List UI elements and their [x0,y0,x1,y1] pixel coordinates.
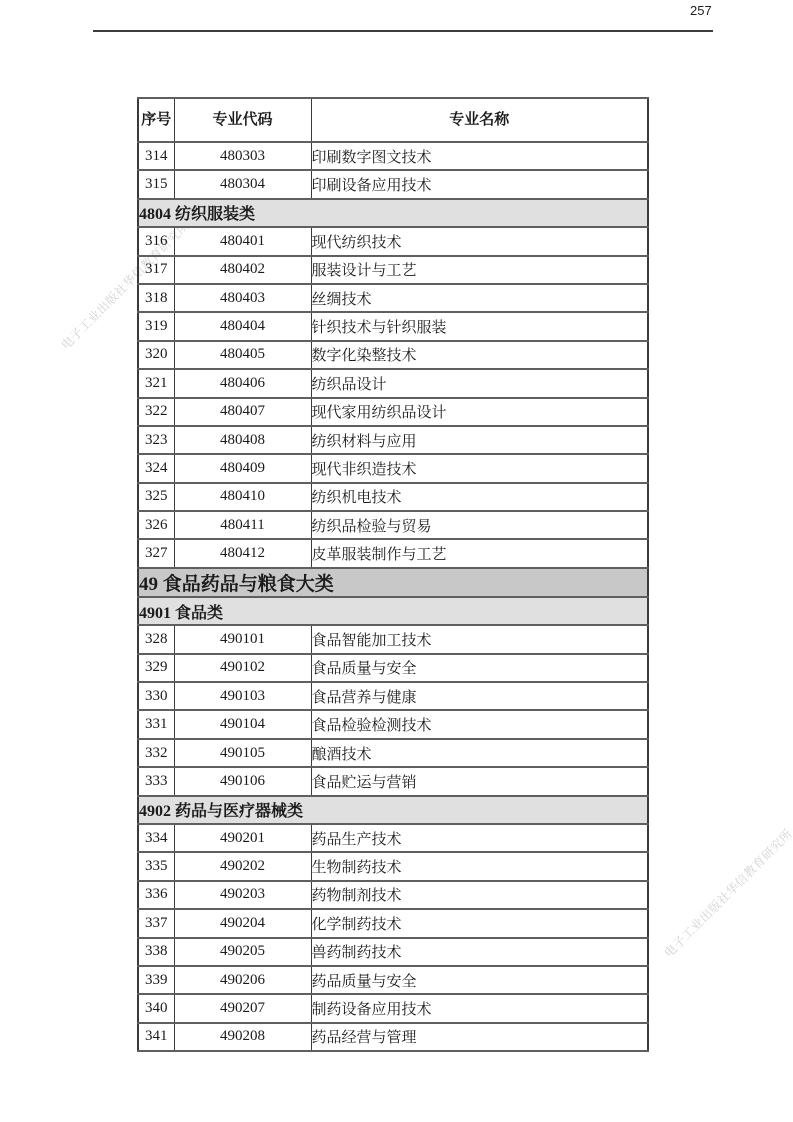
cell-major-name: 针织技术与针织服装 [311,312,648,340]
cell-major-code: 490203 [174,881,311,909]
table-row: 330490103食品营养与健康 [138,682,648,710]
cell-serial-number: 336 [138,881,174,909]
cell-serial-number: 333 [138,767,174,795]
cell-major-name: 丝绸技术 [311,284,648,312]
cell-major-code: 490101 [174,625,311,653]
cell-major-code: 480408 [174,426,311,454]
cell-major-name: 食品智能加工技术 [311,625,648,653]
section-row: 49 食品药品与粮食大类 [138,568,648,597]
table-row: 318480403丝绸技术 [138,284,648,312]
table-row: 323480408纺织材料与应用 [138,426,648,454]
cell-serial-number: 339 [138,966,174,994]
table-row: 333490106食品贮运与营销 [138,767,648,795]
cell-serial-number: 337 [138,909,174,937]
cell-serial-number: 319 [138,312,174,340]
cell-serial-number: 325 [138,483,174,511]
cell-major-name: 食品营养与健康 [311,682,648,710]
cell-major-code: 480406 [174,369,311,397]
table-row: 328490101食品智能加工技术 [138,625,648,653]
cell-major-code: 490103 [174,682,311,710]
table-row: 338490205兽药制药技术 [138,938,648,966]
table-row: 321480406纺织品设计 [138,369,648,397]
cell-major-name: 生物制药技术 [311,852,648,880]
table-row: 327480412皮革服装制作与工艺 [138,539,648,567]
cell-serial-number: 328 [138,625,174,653]
header-serial-number: 序号 [138,98,174,142]
cell-major-code: 480405 [174,341,311,369]
cell-major-code: 490201 [174,824,311,852]
table-row: 337490204化学制药技术 [138,909,648,937]
cell-major-name: 现代纺织技术 [311,227,648,255]
table-row: 317480402服装设计与工艺 [138,256,648,284]
cell-serial-number: 338 [138,938,174,966]
cell-major-name: 现代非织造技术 [311,454,648,482]
cell-major-code: 490105 [174,739,311,767]
cell-serial-number: 318 [138,284,174,312]
table-row: 322480407现代家用纺织品设计 [138,398,648,426]
cell-serial-number: 329 [138,654,174,682]
cell-major-name: 印刷设备应用技术 [311,170,648,198]
cell-major-code: 480404 [174,312,311,340]
cell-major-code: 480402 [174,256,311,284]
cell-major-code: 490104 [174,710,311,738]
document-page: 257 电子工业出版社华信教育研究所 电子工业出版社华信教育研究所 序号 专业代… [0,0,793,1122]
cell-serial-number: 322 [138,398,174,426]
cell-serial-number: 314 [138,142,174,170]
table-row: 334490201药品生产技术 [138,824,648,852]
cell-major-code: 480304 [174,170,311,198]
cell-major-name: 食品检验检测技术 [311,710,648,738]
cell-major-code: 490202 [174,852,311,880]
cell-major-name: 印刷数字图文技术 [311,142,648,170]
table-row: 341490208药品经营与管理 [138,1023,648,1051]
cell-serial-number: 323 [138,426,174,454]
cell-major-name: 纺织机电技术 [311,483,648,511]
table-header-row: 序号 专业代码 专业名称 [138,98,648,142]
table-row: 315480304印刷设备应用技术 [138,170,648,198]
section-label: 49 食品药品与粮食大类 [138,568,648,597]
cell-major-name: 化学制药技术 [311,909,648,937]
watermark-right: 电子工业出版社华信教育研究所 [660,825,793,961]
section-label: 4804 纺织服装类 [138,199,648,227]
table-row: 336490203药物制剂技术 [138,881,648,909]
cell-major-code: 480407 [174,398,311,426]
table-row: 340490207制药设备应用技术 [138,994,648,1022]
cell-major-name: 食品贮运与营销 [311,767,648,795]
cell-major-code: 480412 [174,539,311,567]
cell-major-code: 490208 [174,1023,311,1051]
cell-major-code: 480409 [174,454,311,482]
table-row: 314480303印刷数字图文技术 [138,142,648,170]
table-row: 335490202生物制药技术 [138,852,648,880]
table-row: 316480401现代纺织技术 [138,227,648,255]
table-row: 329490102食品质量与安全 [138,654,648,682]
section-row: 4804 纺织服装类 [138,199,648,227]
header-major-code: 专业代码 [174,98,311,142]
cell-serial-number: 327 [138,539,174,567]
cell-major-name: 药品经营与管理 [311,1023,648,1051]
cell-major-name: 服装设计与工艺 [311,256,648,284]
table-row: 324480409现代非织造技术 [138,454,648,482]
cell-major-name: 药品生产技术 [311,824,648,852]
cell-serial-number: 317 [138,256,174,284]
table-row: 320480405数字化染整技术 [138,341,648,369]
section-label: 4901 食品类 [138,597,648,625]
table-row: 326480411纺织品检验与贸易 [138,511,648,539]
cell-major-name: 兽药制药技术 [311,938,648,966]
cell-major-name: 纺织材料与应用 [311,426,648,454]
cell-serial-number: 316 [138,227,174,255]
cell-major-name: 食品质量与安全 [311,654,648,682]
cell-major-name: 制药设备应用技术 [311,994,648,1022]
cell-major-name: 数字化染整技术 [311,341,648,369]
cell-major-code: 490206 [174,966,311,994]
cell-serial-number: 332 [138,739,174,767]
section-row: 4902 药品与医疗器械类 [138,796,648,824]
cell-major-code: 480303 [174,142,311,170]
table-body: 314480303印刷数字图文技术315480304印刷设备应用技术4804 纺… [138,142,648,1051]
cell-major-code: 490204 [174,909,311,937]
cell-serial-number: 335 [138,852,174,880]
cell-major-name: 皮革服装制作与工艺 [311,539,648,567]
major-codes-table: 序号 专业代码 专业名称 314480303印刷数字图文技术315480304印… [137,97,649,1052]
page-number: 257 [690,3,750,18]
cell-major-code: 480411 [174,511,311,539]
cell-major-name: 药物制剂技术 [311,881,648,909]
section-row: 4901 食品类 [138,597,648,625]
cell-major-name: 酿酒技术 [311,739,648,767]
cell-major-code: 490102 [174,654,311,682]
cell-major-name: 纺织品检验与贸易 [311,511,648,539]
cell-major-code: 490205 [174,938,311,966]
table-row: 332490105酿酒技术 [138,739,648,767]
cell-serial-number: 340 [138,994,174,1022]
table-row: 339490206药品质量与安全 [138,966,648,994]
cell-major-name: 药品质量与安全 [311,966,648,994]
cell-major-name: 现代家用纺织品设计 [311,398,648,426]
header-major-name: 专业名称 [311,98,648,142]
section-label: 4902 药品与医疗器械类 [138,796,648,824]
cell-serial-number: 341 [138,1023,174,1051]
cell-serial-number: 321 [138,369,174,397]
cell-major-code: 490106 [174,767,311,795]
cell-major-code: 490207 [174,994,311,1022]
table-row: 319480404针织技术与针织服装 [138,312,648,340]
cell-major-code: 480410 [174,483,311,511]
table-row: 325480410纺织机电技术 [138,483,648,511]
cell-serial-number: 330 [138,682,174,710]
cell-serial-number: 320 [138,341,174,369]
cell-serial-number: 326 [138,511,174,539]
header-rule [93,30,713,32]
cell-major-code: 480403 [174,284,311,312]
cell-serial-number: 324 [138,454,174,482]
cell-serial-number: 315 [138,170,174,198]
cell-major-code: 480401 [174,227,311,255]
cell-major-name: 纺织品设计 [311,369,648,397]
table-row: 331490104食品检验检测技术 [138,710,648,738]
cell-serial-number: 334 [138,824,174,852]
cell-serial-number: 331 [138,710,174,738]
